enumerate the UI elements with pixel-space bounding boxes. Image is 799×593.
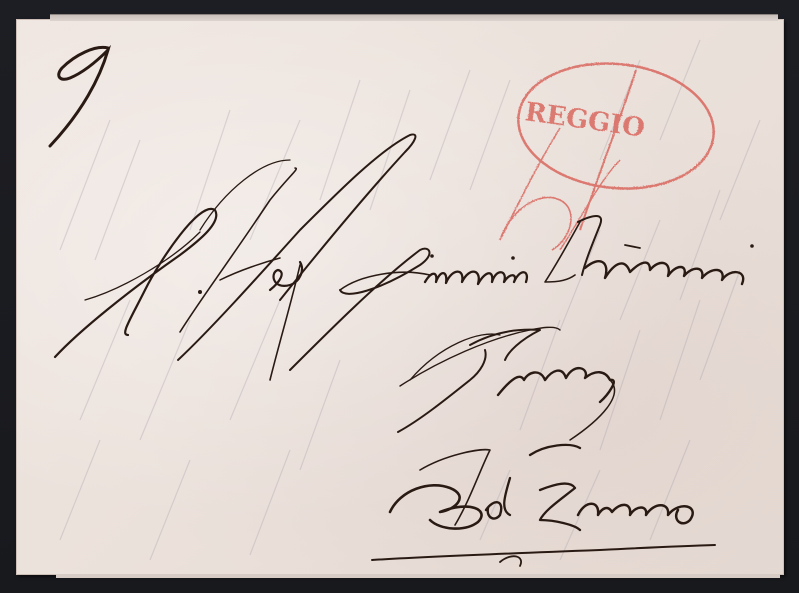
reggio-postmark: REGGIO bbox=[500, 54, 720, 250]
cover-markings: REGGIO bbox=[0, 0, 799, 593]
postmark-letters-reg: REGGIO bbox=[523, 97, 647, 144]
rate-marking-9 bbox=[50, 47, 108, 146]
address-handwriting bbox=[55, 134, 754, 566]
show-through-writing bbox=[60, 40, 760, 560]
